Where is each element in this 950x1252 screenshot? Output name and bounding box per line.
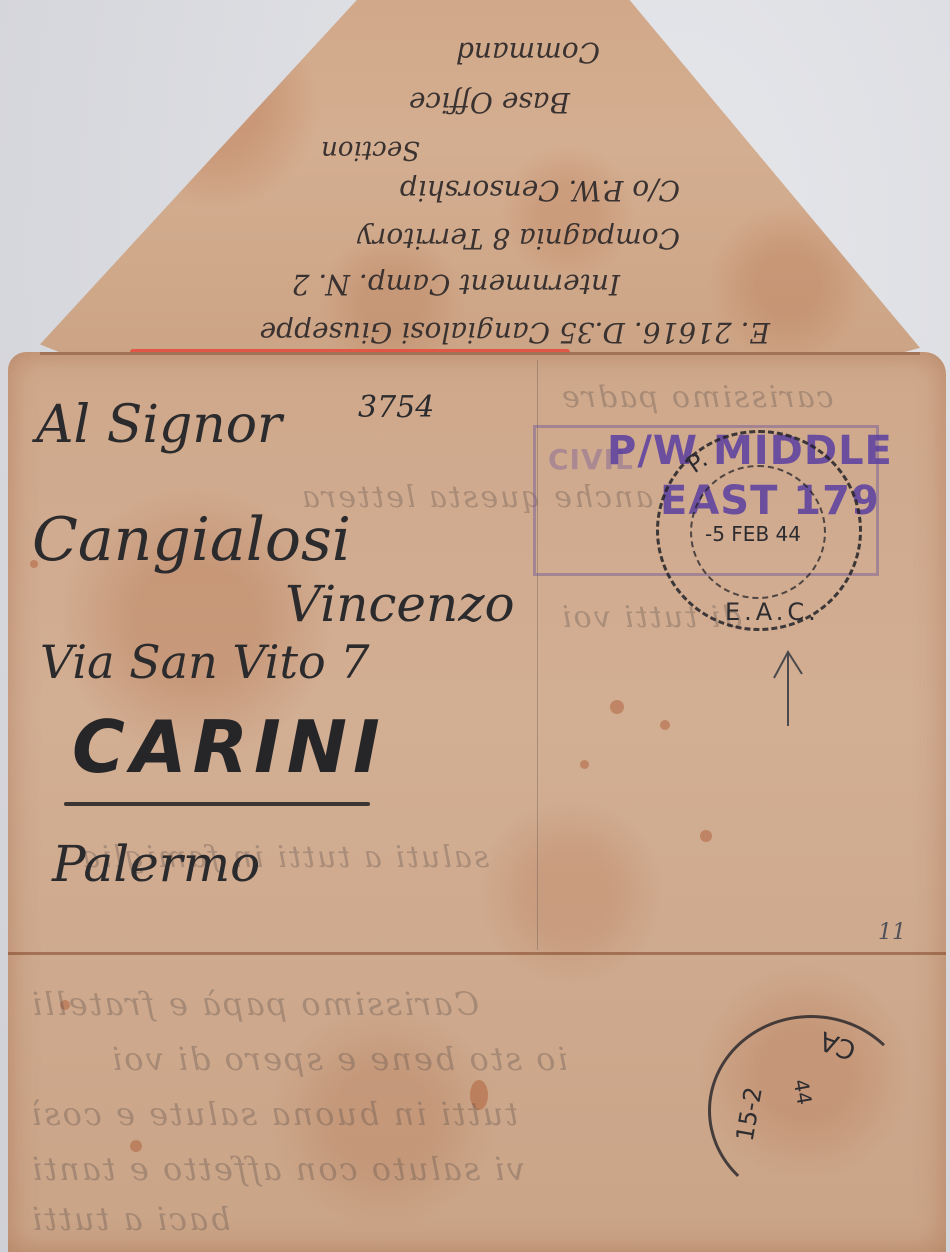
stain — [660, 720, 670, 730]
address-given-name: Vincenzo — [285, 575, 515, 633]
show-through-line: io sto bene e spero di voi — [110, 1040, 568, 1078]
flap-censorship: C/o P.W. Censorship — [400, 174, 680, 207]
show-through-line: Carissimo papà e fratelli — [30, 985, 479, 1023]
show-through-line: tutti in buona salute e così — [30, 1095, 518, 1133]
stain — [580, 760, 589, 769]
reference-number: 3754 — [358, 390, 434, 425]
flap-base-office: Base Office — [409, 86, 570, 119]
flap-section: Section — [321, 135, 420, 165]
stain — [700, 830, 712, 842]
postmark-2-side: 44 — [789, 1077, 817, 1106]
arrow-up-icon — [768, 648, 808, 728]
page-mark: 11 — [878, 920, 906, 945]
show-through-line: baci a tutti — [30, 1200, 231, 1238]
address-street: Via San Vito 7 — [40, 635, 370, 689]
address-city: CARINI — [72, 705, 386, 789]
address-salutation: Al Signor — [36, 395, 282, 455]
address-surname: Cangialosi — [32, 505, 351, 575]
postmark-bottom: E.A.C. — [725, 598, 820, 626]
flap-sender-id: E. 21616. D.35 Cangialosi Giuseppe — [260, 316, 770, 349]
flap-command: Command — [456, 36, 600, 69]
show-through-text: carissimo padre — [560, 380, 833, 415]
fold-line-middle — [8, 952, 946, 955]
postmark-date: -5 FEB 44 — [705, 522, 801, 546]
flap-camp: Internment Camp. N. 2 — [292, 268, 620, 301]
flap-company: Compagnia 8 Territory — [357, 222, 680, 255]
address-province: Palermo — [52, 835, 260, 893]
fold-line-top — [40, 352, 920, 355]
city-underline — [64, 802, 370, 806]
stain — [610, 700, 624, 714]
show-through-line: vi saluto con affetto e tanti — [30, 1150, 525, 1188]
